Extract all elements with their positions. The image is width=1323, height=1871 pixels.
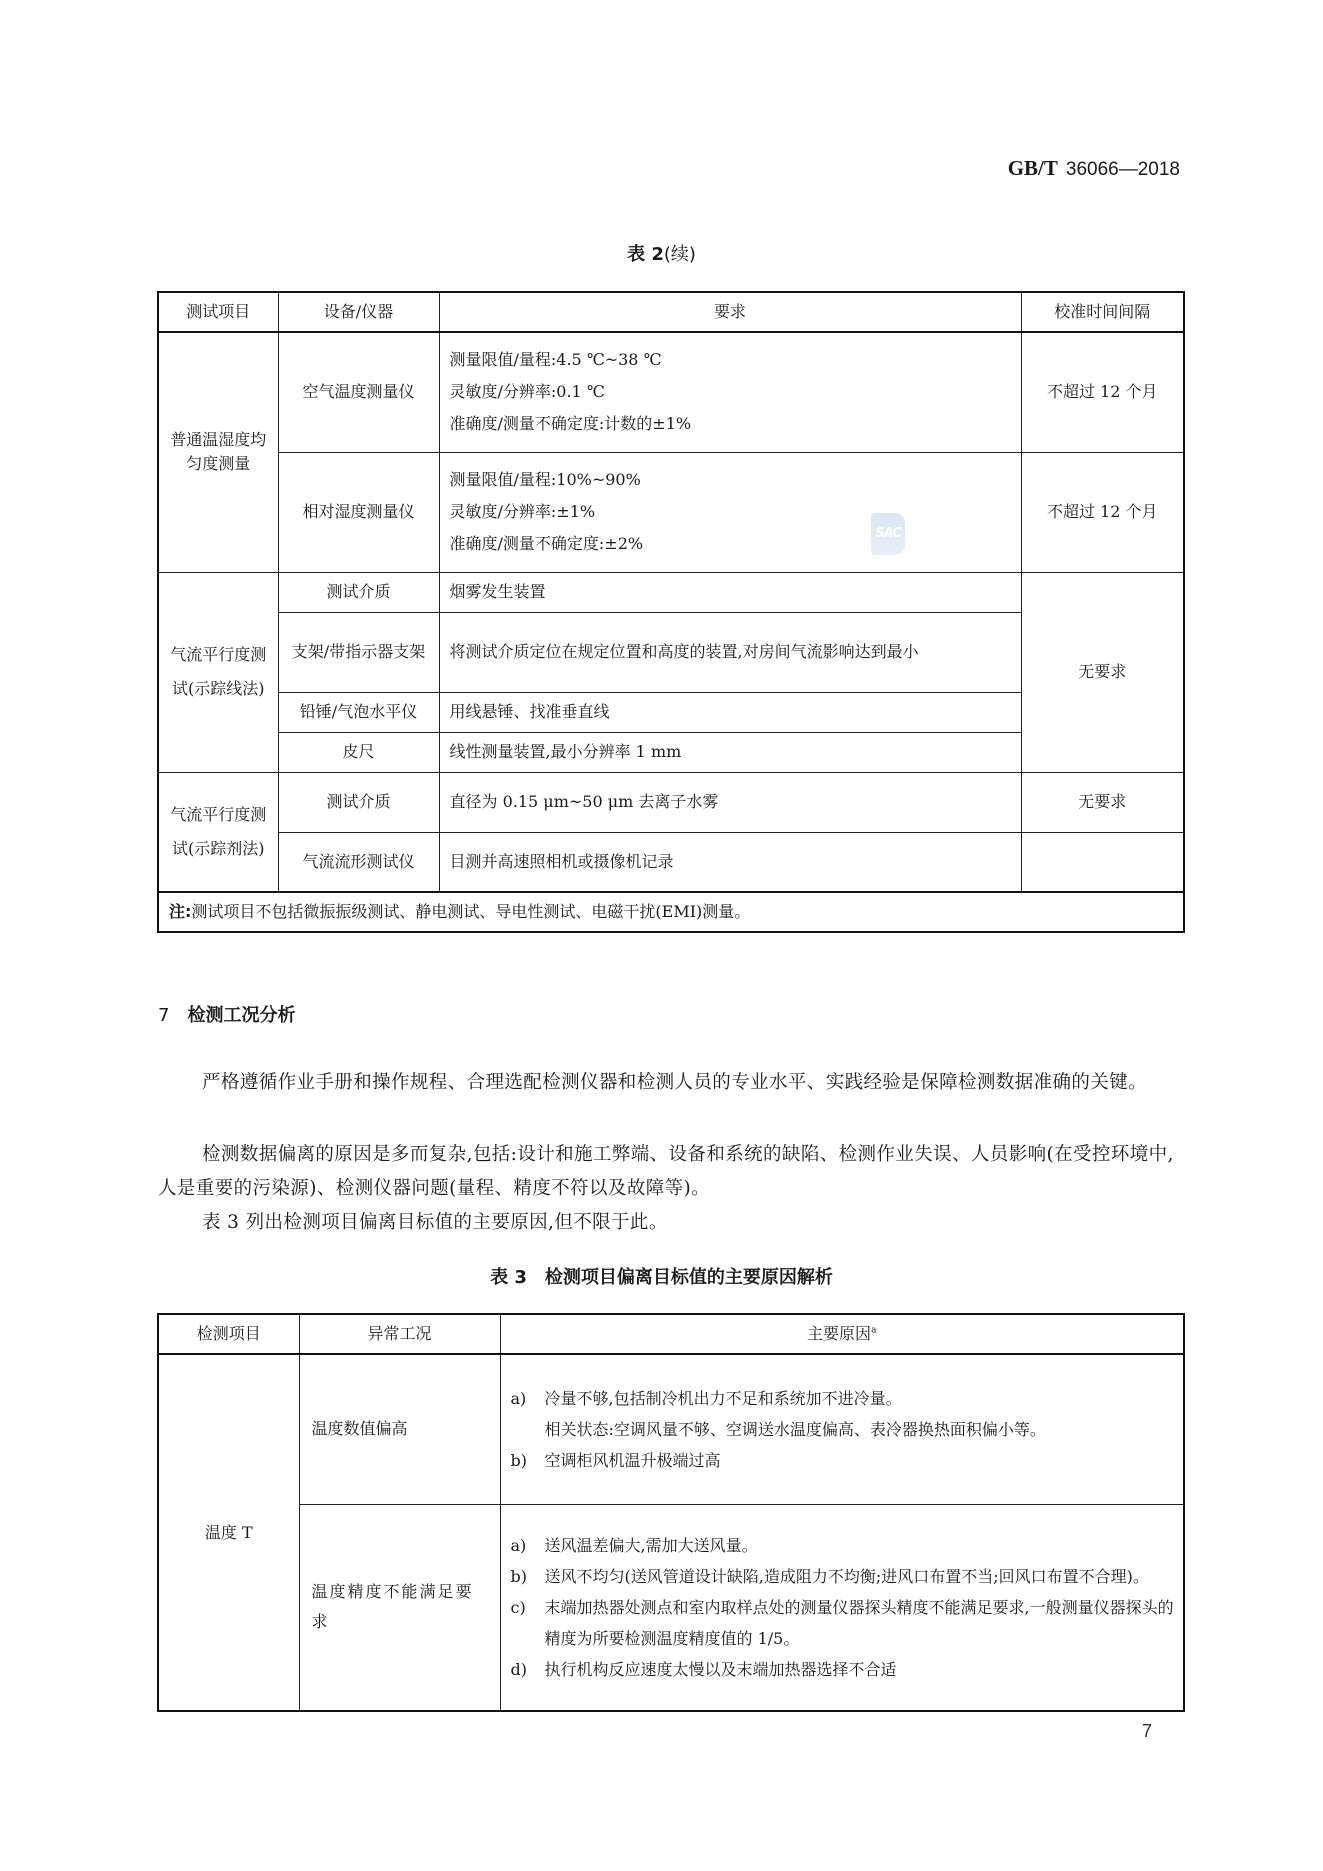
- equipment-cell: 铅锤/气泡水平仪: [278, 692, 439, 732]
- condition-cell: 温度精度不能满足要求: [299, 1504, 500, 1711]
- document-standard-number: GB/T36066—2018: [1008, 156, 1180, 181]
- equipment-cell: 皮尺: [278, 732, 439, 772]
- column-header-item: 检测项目: [158, 1314, 299, 1354]
- test-item-cell: 气流平行度测试(示踪线法): [158, 572, 278, 772]
- table2-caption-suffix: (续): [664, 244, 696, 265]
- table-row: 普通温湿度均匀度测量 空气温度测量仪 测量限值/量程:4.5 ℃~38 ℃ 灵敏…: [158, 332, 1184, 452]
- table-row: 温度精度不能满足要求 a) 送风温差偏大,需加大送风量。 b) 送风不均匀(送风…: [158, 1504, 1184, 1711]
- reason-line: 冷量不够,包括制冷机出力不足和系统加不进冷量。: [545, 1389, 902, 1408]
- condition-cell: 温度数值偏高: [299, 1354, 500, 1504]
- table3-header-row: 检测项目 异常工况 主要原因a: [158, 1314, 1184, 1354]
- interval-cell: 无要求: [1021, 572, 1184, 772]
- list-marker: b): [511, 1561, 545, 1592]
- column-header-test-item: 测试项目: [158, 292, 278, 332]
- table2-caption-prefix: 表 2: [627, 244, 664, 265]
- paragraph: 严格遵循作业手册和操作规程、合理选配检测仪器和检测人员的专业水平、实践经验是保障…: [158, 1066, 1183, 1100]
- table2-header-row: 测试项目 设备/仪器 要求 校准时间间隔: [158, 292, 1184, 332]
- column-header-equipment: 设备/仪器: [278, 292, 439, 332]
- table-row: 相对湿度测量仪 测量限值/量程:10%~90% 灵敏度/分辨率:±1% 准确度/…: [158, 452, 1184, 572]
- requirement-cell: 线性测量装置,最小分辨率 1 mm: [439, 732, 1021, 772]
- list-marker: d): [511, 1654, 545, 1685]
- requirement-line: 测量限值/量程:10%~90%: [450, 464, 1011, 496]
- list-marker: b): [511, 1445, 545, 1476]
- reason-item: a) 送风温差偏大,需加大送风量。: [511, 1530, 1178, 1561]
- requirement-line: 灵敏度/分辨率:0.1 ℃: [450, 376, 1011, 408]
- requirement-cell: 测量限值/量程:10%~90% 灵敏度/分辨率:±1% 准确度/测量不确定度:±…: [439, 452, 1021, 572]
- table3-caption: 表 3 检测项目偏离目标值的主要原因解析: [0, 1263, 1323, 1289]
- reason-text: 末端加热器处测点和室内取样点处的测量仪器探头精度不能满足要求,一般测量仪器探头的…: [545, 1592, 1178, 1654]
- column-header-calibration-interval: 校准时间间隔: [1021, 292, 1184, 332]
- requirement-cell: 直径为 0.15 μm~50 μm 去离子水雾: [439, 772, 1021, 832]
- item-cell: 温度 T: [158, 1354, 299, 1711]
- interval-cell: [1021, 832, 1184, 892]
- section-heading: 7检测工况分析: [158, 1001, 295, 1027]
- test-item-cell: 气流平行度测试(示踪剂法): [158, 772, 278, 892]
- interval-cell: 不超过 12 个月: [1021, 332, 1184, 452]
- reason-item: d) 执行机构反应速度太慢以及末端加热器选择不合适: [511, 1654, 1178, 1685]
- table-note-row: 注:测试项目不包括微振振级测试、静电测试、导电性测试、电磁干扰(EMI)测量。: [158, 892, 1184, 932]
- interval-cell: 不超过 12 个月: [1021, 452, 1184, 572]
- paragraph: 检测数据偏离的原因是多而复杂,包括:设计和施工弊端、设备和系统的缺陷、检测作业失…: [158, 1138, 1183, 1206]
- requirement-cell: 目测并高速照相机或摄像机记录: [439, 832, 1021, 892]
- sac-watermark-icon: SAC: [871, 513, 905, 555]
- list-marker: c): [511, 1592, 545, 1654]
- reason-text: 空调柜风机温升极端过高: [545, 1445, 721, 1476]
- page-number: 7: [1142, 1721, 1152, 1742]
- reason-cell: a) 送风温差偏大,需加大送风量。 b) 送风不均匀(送风管道设计缺陷,造成阻力…: [500, 1504, 1184, 1711]
- interval-cell: 无要求: [1021, 772, 1184, 832]
- reason-item: b) 送风不均匀(送风管道设计缺陷,造成阻力不均衡;进风口布置不当;回风口布置不…: [511, 1561, 1178, 1592]
- test-item-cell: 普通温湿度均匀度测量: [158, 332, 278, 572]
- table-row: 气流平行度测试(示踪线法) 测试介质 烟雾发生装置 无要求: [158, 572, 1184, 612]
- requirement-line: 测量限值/量程:4.5 ℃~38 ℃: [450, 344, 1011, 376]
- table-note: 注:测试项目不包括微振振级测试、静电测试、导电性测试、电磁干扰(EMI)测量。: [158, 892, 1184, 932]
- table-row: 温度 T 温度数值偏高 a) 冷量不够,包括制冷机出力不足和系统加不进冷量。相关…: [158, 1354, 1184, 1504]
- equipment-cell: 气流流形测试仪: [278, 832, 439, 892]
- list-marker: a): [511, 1530, 545, 1561]
- reason-text: 送风温差偏大,需加大送风量。: [545, 1530, 758, 1561]
- reason-item: a) 冷量不够,包括制冷机出力不足和系统加不进冷量。相关状态:空调风量不够、空调…: [511, 1383, 1174, 1445]
- column-header-requirement: 要求: [439, 292, 1021, 332]
- column-header-reason: 主要原因a: [500, 1314, 1184, 1354]
- table2: 测试项目 设备/仪器 要求 校准时间间隔 普通温湿度均匀度测量 空气温度测量仪 …: [157, 291, 1185, 933]
- list-marker: a): [511, 1383, 545, 1445]
- equipment-cell: 测试介质: [278, 572, 439, 612]
- note-text: 测试项目不包括微振振级测试、静电测试、导电性测试、电磁干扰(EMI)测量。: [191, 902, 750, 921]
- equipment-cell: 相对湿度测量仪: [278, 452, 439, 572]
- table3: 检测项目 异常工况 主要原因a 温度 T 温度数值偏高 a) 冷量不够,包括制冷…: [157, 1313, 1185, 1712]
- requirement-cell: 将测试介质定位在规定位置和高度的装置,对房间气流影响达到最小: [439, 612, 1021, 692]
- footnote-marker: a: [871, 1326, 876, 1336]
- standard-prefix: GB/T: [1008, 156, 1058, 180]
- requirement-cell: 用线悬锤、找准垂直线: [439, 692, 1021, 732]
- reason-continuation: 相关状态:空调风量不够、空调送水温度偏高、表冷器换热面积偏小等。: [545, 1420, 1046, 1439]
- reason-text: 冷量不够,包括制冷机出力不足和系统加不进冷量。相关状态:空调风量不够、空调送水温…: [545, 1383, 1046, 1445]
- equipment-cell: 空气温度测量仪: [278, 332, 439, 452]
- requirement-line: 准确度/测量不确定度:±2%: [450, 528, 1011, 560]
- section-number: 7: [158, 1005, 169, 1026]
- reason-cell: a) 冷量不够,包括制冷机出力不足和系统加不进冷量。相关状态:空调风量不够、空调…: [500, 1354, 1184, 1504]
- column-header-condition: 异常工况: [299, 1314, 500, 1354]
- equipment-cell: 测试介质: [278, 772, 439, 832]
- reason-header-label: 主要原因: [807, 1324, 871, 1343]
- standard-code: 36066—2018: [1066, 159, 1180, 180]
- table-row: 气流流形测试仪 目测并高速照相机或摄像机记录: [158, 832, 1184, 892]
- requirement-line: 灵敏度/分辨率:±1%: [450, 496, 1011, 528]
- requirement-line: 准确度/测量不确定度:计数的±1%: [450, 408, 1011, 440]
- paragraph: 表 3 列出检测项目偏离目标值的主要原因,但不限于此。: [158, 1206, 1183, 1240]
- reason-text: 送风不均匀(送风管道设计缺陷,造成阻力不均衡;进风口布置不当;回风口布置不合理)…: [545, 1561, 1149, 1592]
- reason-item: b) 空调柜风机温升极端过高: [511, 1445, 1174, 1476]
- requirement-cell: 测量限值/量程:4.5 ℃~38 ℃ 灵敏度/分辨率:0.1 ℃ 准确度/测量不…: [439, 332, 1021, 452]
- section-title: 检测工况分析: [187, 1005, 295, 1026]
- note-label: 注:: [169, 902, 191, 921]
- table2-caption: 表 2(续): [0, 240, 1323, 266]
- equipment-cell: 支架/带指示器支架: [278, 612, 439, 692]
- reason-text: 执行机构反应速度太慢以及末端加热器选择不合适: [545, 1654, 897, 1685]
- reason-item: c) 末端加热器处测点和室内取样点处的测量仪器探头精度不能满足要求,一般测量仪器…: [511, 1592, 1178, 1654]
- table-row: 气流平行度测试(示踪剂法) 测试介质 直径为 0.15 μm~50 μm 去离子…: [158, 772, 1184, 832]
- requirement-cell: 烟雾发生装置: [439, 572, 1021, 612]
